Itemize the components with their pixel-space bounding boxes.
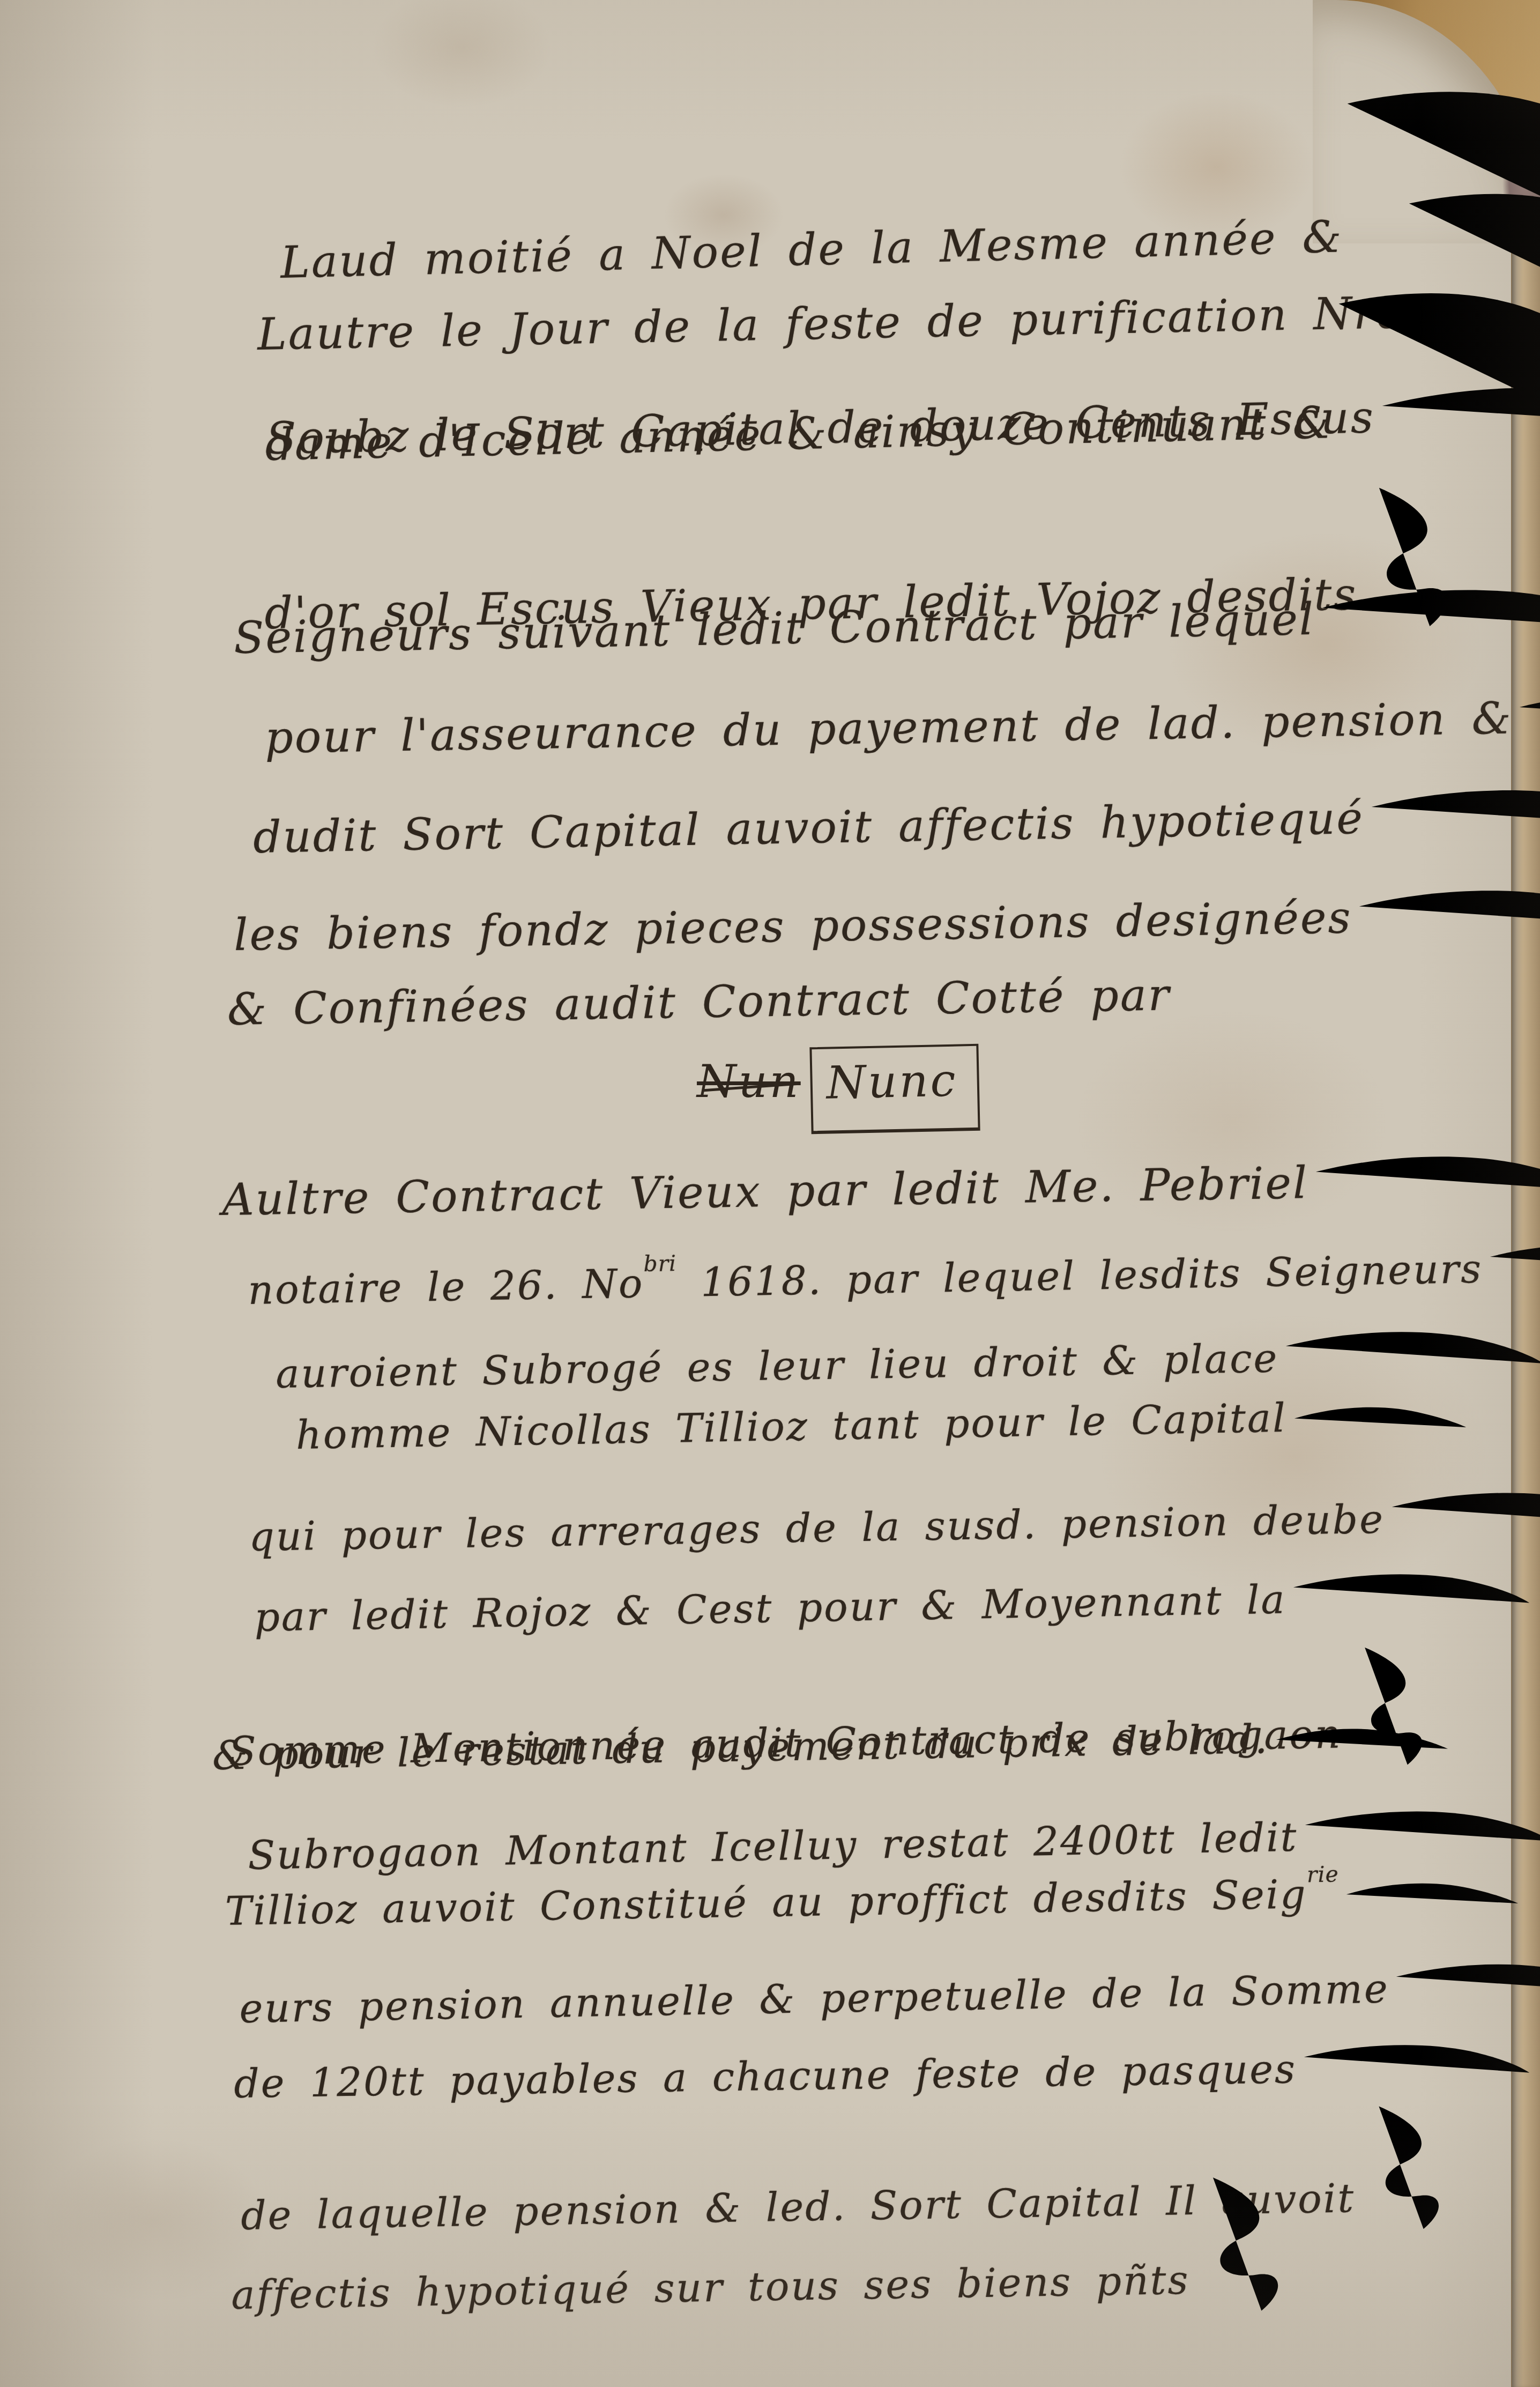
text-line: Aultre Contract Vieux par ledit Me. Pebr… <box>221 1129 1540 1226</box>
pen-flourish-icon <box>1285 1312 1540 1381</box>
text-line: affectis hypotiqué sur tous ses biens pñ… <box>229 2158 1305 2318</box>
line-text: Soubz le Sort Capital de douze Cents Esc… <box>266 392 1375 464</box>
pen-flourish-icon <box>1371 772 1540 842</box>
pen-flourish-icon <box>1195 2176 1305 2312</box>
superscript-abbreviation: bri <box>643 1250 676 1277</box>
text-line: les biens fondz pieces possessions desig… <box>233 864 1540 961</box>
line-text: auroient Subrogé es leur lieu droit & pl… <box>276 1336 1279 1397</box>
line-text: par ledit Rojoz & Cest pour & Moyennant … <box>254 1576 1287 1641</box>
line-text: & pour le restat du payement du prix de … <box>212 1716 1269 1779</box>
superscript-abbreviation: rie <box>1307 1861 1339 1887</box>
pen-flourish-icon <box>1381 370 1540 441</box>
line-text: & Confinées audit Contract Cotté par <box>227 969 1171 1035</box>
line-text-tail: 1618. par lequel lesdits Seigneurs <box>676 1246 1483 1306</box>
pen-flourish-icon <box>1361 2105 1465 2230</box>
text-line: auroient Subrogé es leur lieu droit & pl… <box>275 1303 1540 1397</box>
line-text: pour l'asseurance du payement de lad. pe… <box>265 693 1513 763</box>
pen-flourish-icon <box>1490 1222 1540 1291</box>
manuscript-page: Laud moitié a Noel de la Mesme année & L… <box>0 0 1540 2387</box>
line-text: les biens fondz pieces possessions desig… <box>234 892 1353 961</box>
line-text: Aultre Contract Vieux par ledit Me. Pebr… <box>222 1158 1309 1226</box>
text-line: homme Nicollas Tillioz tant pour le Capi… <box>295 1385 1466 1458</box>
pen-flourish-icon <box>1276 1716 1448 1761</box>
nunc-correction: NunNunc <box>697 1046 979 1132</box>
text-line: dudit Sort Capital auvoit affectis hypot… <box>252 763 1540 863</box>
line-text: dudit Sort Capital auvoit affectis hypot… <box>253 793 1365 863</box>
pen-flourish-icon <box>1304 2023 1530 2091</box>
pen-flourish-icon <box>1315 1138 1540 1206</box>
pen-flourish-icon <box>1359 872 1540 941</box>
text-line: & Confinées audit Contract Cotté par <box>227 969 1171 1035</box>
line-text-tail <box>1338 1871 1339 1917</box>
line-text: notaire le 26. No <box>248 1261 644 1314</box>
line-text: Tillioz auvoit Constitué au proffict des… <box>225 1871 1307 1934</box>
line-text: Seigneurs suivant ledit Contract par leq… <box>234 594 1315 664</box>
struck-word: Nun <box>697 1055 801 1108</box>
pen-flourish-icon <box>1396 1943 1540 2011</box>
pen-flourish-icon <box>1305 1791 1540 1859</box>
pen-flourish-icon <box>1519 673 1540 742</box>
pen-flourish-icon <box>1346 1870 1519 1916</box>
line-text: affectis hypotiqué sur tous ses biens pñ… <box>231 2257 1190 2318</box>
text-line: par ledit Rojoz & Cest pour & Moyennant … <box>254 1544 1530 1641</box>
pen-flourish-icon <box>1293 1553 1530 1621</box>
pen-flourish-icon <box>1322 573 1540 642</box>
text-line: qui pour les arrerages de la susd. pensi… <box>248 1464 1540 1560</box>
text-line: notaire le 26. Nobri 1618. par lequel le… <box>247 1214 1540 1314</box>
line-text: homme Nicollas Tillioz tant pour le Capi… <box>295 1395 1287 1458</box>
boxed-word: Nunc <box>809 1044 980 1135</box>
pen-flourish-icon <box>1294 1394 1466 1440</box>
pen-flourish-icon <box>1392 1473 1540 1541</box>
text-line: pour l'asseurance du payement de lad. pe… <box>264 664 1540 763</box>
